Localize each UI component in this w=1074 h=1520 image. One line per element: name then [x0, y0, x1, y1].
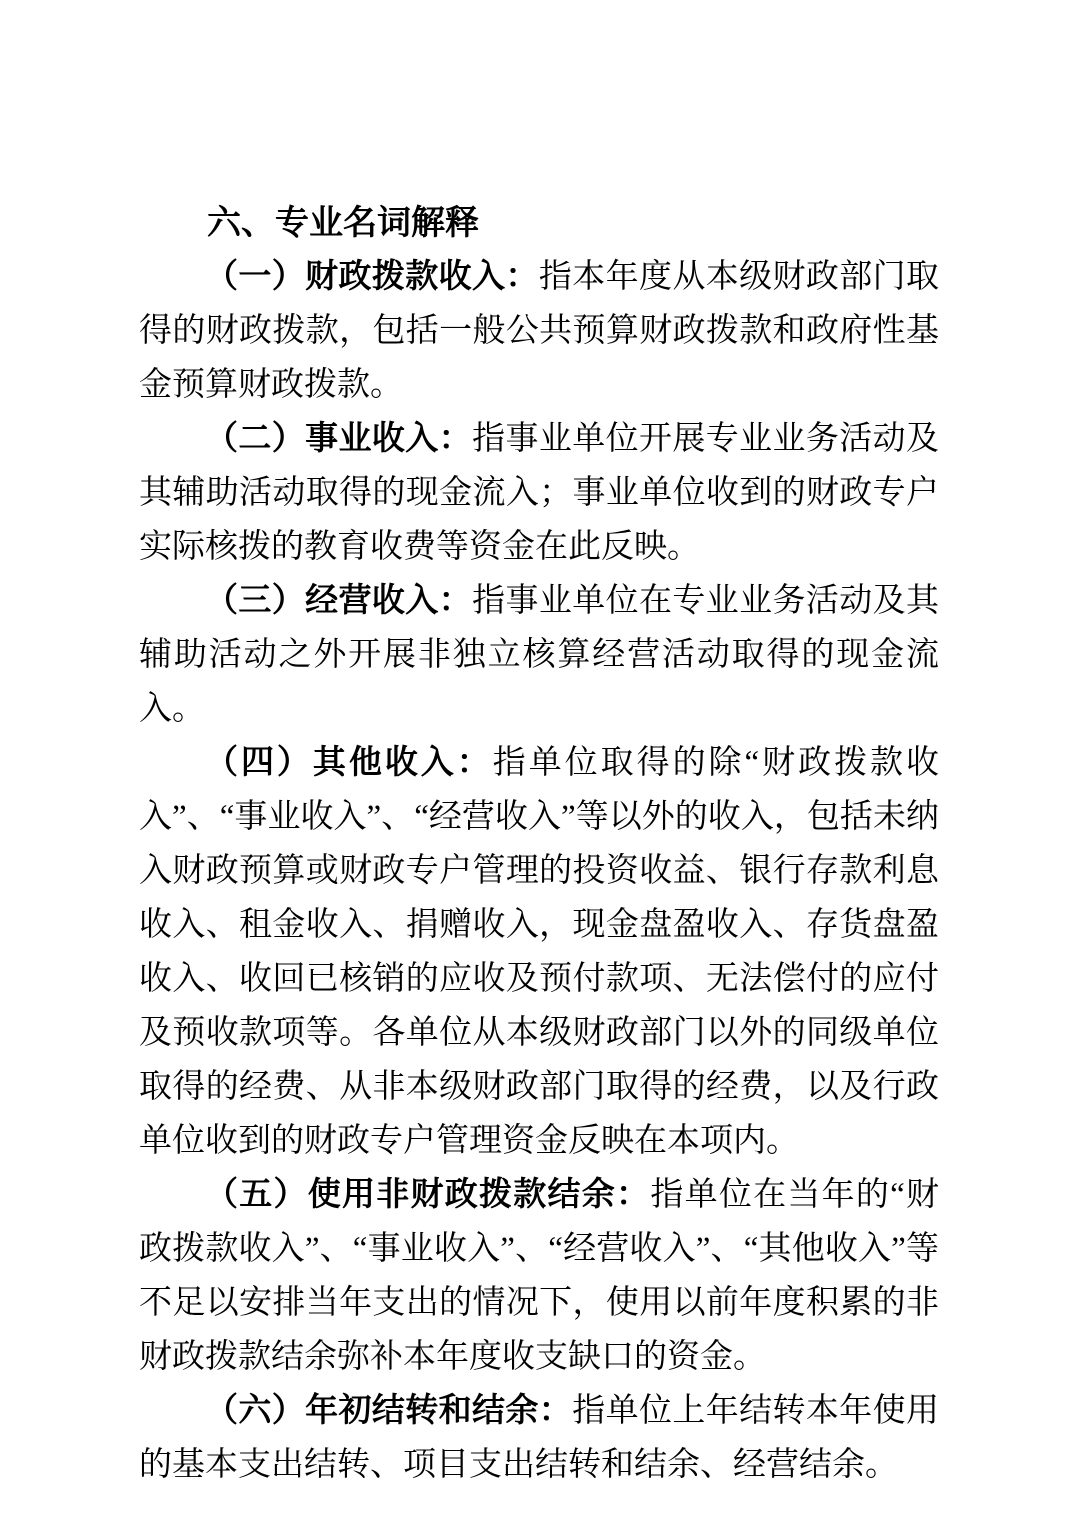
document-page: 六、专业名词解释 （一）财政拨款收入：指本年度从本级财政部门取得的财政拨款，包括… [0, 0, 1074, 1520]
definition-paragraph-4: （四）其他收入：指单位取得的除“财政拨款收入”、“事业收入”、“经营收入”等以外… [139, 736, 939, 1168]
term-label-fiscal-appropriation-income: （一）财政拨款收入： [205, 259, 539, 295]
term-label-operational-income: （二）事业收入： [205, 421, 472, 457]
term-label-other-income: （四）其他收入： [205, 745, 493, 781]
definition-paragraph-2: （二）事业收入：指事业单位开展专业业务活动及其辅助活动取得的现金流入；事业单位收… [139, 412, 939, 574]
definition-paragraph-1: （一）财政拨款收入：指本年度从本级财政部门取得的财政拨款，包括一般公共预算财政拨… [139, 250, 939, 412]
term-label-non-fiscal-surplus-use: （五）使用非财政拨款结余： [205, 1177, 650, 1213]
term-definition: 指单位取得的除“财政拨款收入”、“事业收入”、“经营收入”等以外的收入，包括未纳… [139, 745, 939, 1159]
document-content: 六、专业名词解释 （一）财政拨款收入：指本年度从本级财政部门取得的财政拨款，包括… [139, 196, 939, 1492]
term-label-business-income: （三）经营收入： [205, 583, 472, 619]
definition-paragraph-6: （六）年初结转和结余：指单位上年结转本年使用的基本支出结转、项目支出结转和结余、… [139, 1384, 939, 1492]
term-label-beginning-year-carryover: （六）年初结转和结余： [205, 1393, 572, 1429]
definition-paragraph-5: （五）使用非财政拨款结余：指单位在当年的“财政拨款收入”、“事业收入”、“经营收… [139, 1168, 939, 1384]
definition-paragraph-3: （三）经营收入：指事业单位在专业业务活动及其辅助活动之外开展非独立核算经营活动取… [139, 574, 939, 736]
section-heading: 六、专业名词解释 [139, 196, 939, 250]
